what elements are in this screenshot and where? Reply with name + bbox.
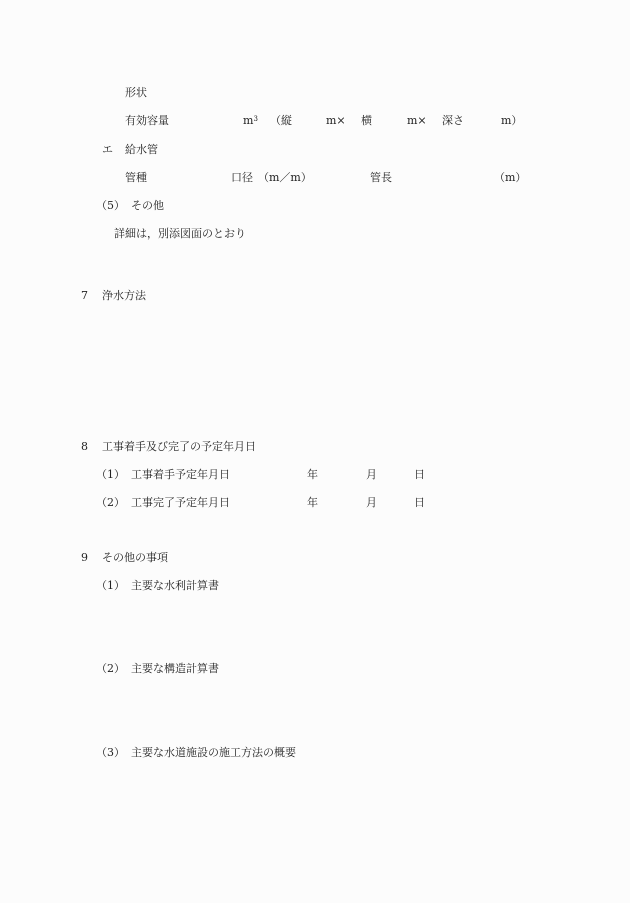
document-page: 形状 有効容量 m3 （縦 m× 横 m× 深さ m） エ 給水管 管種 口径 … [0, 0, 630, 903]
diameter-label: 口径 [231, 171, 253, 185]
other-marker: （5） [96, 199, 125, 213]
length-label: 管長 [370, 171, 392, 185]
construction-method-label: 主要な水道施設の施工方法の概要 [131, 746, 296, 760]
water-calc-label: 主要な水利計算書 [131, 579, 219, 593]
depth-unit: m） [501, 114, 522, 128]
section9-title: その他の事項 [102, 551, 168, 565]
start-month-label: 月 [366, 468, 377, 482]
pipe-type-label: 管種 [125, 171, 147, 185]
structure-calc-label: 主要な構造計算書 [131, 662, 219, 676]
section8-title: 工事着手及び完了の予定年月日 [102, 440, 256, 454]
construction-method-marker: （3） [96, 746, 125, 760]
section9-number: 9 [81, 551, 88, 565]
start-year-label: 年 [307, 468, 318, 482]
length-unit: （m） [494, 171, 526, 185]
start-date-label: 工事着手予定年月日 [131, 468, 230, 482]
other-label: その他 [131, 199, 164, 213]
start-date-row: （1） 工事着手予定年月日 年 月 日 [0, 468, 630, 482]
shape-row: 形状 [0, 86, 630, 100]
structure-calc-row: （2） 主要な構造計算書 [0, 662, 630, 676]
construction-method-row: （3） 主要な水道施設の施工方法の概要 [0, 746, 630, 760]
volume-unit: m3 [243, 114, 258, 128]
completion-year-label: 年 [307, 496, 318, 510]
other-detail: 詳細は，別添図面のとおり [114, 227, 246, 241]
horizontal-label: 横 [361, 114, 372, 128]
other-detail-row: 詳細は，別添図面のとおり [0, 227, 630, 241]
completion-month-label: 月 [366, 496, 377, 510]
structure-calc-marker: （2） [96, 662, 125, 676]
start-date-marker: （1） [96, 468, 125, 482]
completion-date-label: 工事完了予定年月日 [131, 496, 230, 510]
horizontal-unit: m× [407, 114, 427, 128]
other-heading: （5） その他 [0, 199, 630, 213]
section8-number: 8 [81, 440, 88, 454]
section7-number: 7 [81, 289, 88, 303]
section7-heading: 7 浄水方法 [0, 289, 630, 303]
water-calc-row: （1） 主要な水利計算書 [0, 579, 630, 593]
supply-pipe-marker: エ [102, 143, 113, 157]
section8-heading: 8 工事着手及び完了の予定年月日 [0, 440, 630, 454]
vertical-unit: m× [326, 114, 346, 128]
vertical-label: （縦 [270, 114, 292, 128]
supply-pipe-heading: エ 給水管 [0, 143, 630, 157]
volume-label: 有効容量 [125, 114, 169, 128]
volume-row: 有効容量 m3 （縦 m× 横 m× 深さ m） [0, 114, 630, 128]
water-calc-marker: （1） [96, 579, 125, 593]
completion-day-label: 日 [414, 496, 425, 510]
depth-label: 深さ [442, 114, 464, 128]
supply-pipe-label: 給水管 [125, 143, 158, 157]
diameter-unit: （m／m） [258, 171, 312, 185]
section9-heading: 9 その他の事項 [0, 551, 630, 565]
start-day-label: 日 [414, 468, 425, 482]
pipe-spec-row: 管種 口径 （m／m） 管長 （m） [0, 171, 630, 185]
section7-title: 浄水方法 [102, 289, 146, 303]
completion-date-row: （2） 工事完了予定年月日 年 月 日 [0, 496, 630, 510]
shape-label: 形状 [125, 86, 147, 100]
completion-date-marker: （2） [96, 496, 125, 510]
